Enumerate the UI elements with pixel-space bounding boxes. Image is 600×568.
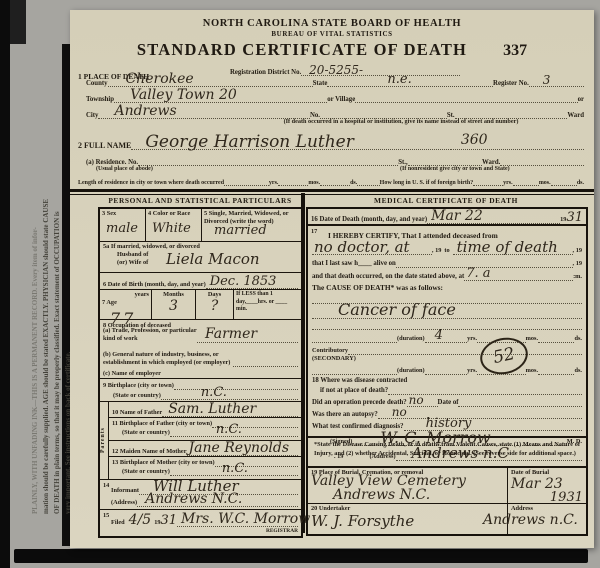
- medical-table: 16 Date of Death (month, day, and year) …: [306, 207, 588, 536]
- autopsy-label: Was there an autopsy?: [312, 411, 378, 419]
- burial-date-year: 1931: [511, 491, 583, 504]
- secondary-label: (SECONDARY): [312, 355, 582, 363]
- length-line-5: [473, 185, 503, 186]
- residence-line: [138, 165, 398, 166]
- father-line: Sam. Luther: [162, 416, 298, 417]
- margin-instructions: PLAINLY, WITH UNFADING INK—THIS IS A PER…: [30, 58, 73, 514]
- scan-edge-bottom: [14, 549, 588, 563]
- dod-value: Mar 22: [431, 209, 483, 223]
- birthplace-line-2: n.C.: [161, 399, 298, 400]
- section-divider-rule: [70, 189, 594, 195]
- contributory-line: [348, 354, 582, 355]
- nonresident-note: (If nonresident give city or town and St…: [400, 166, 510, 172]
- township-label: Township: [86, 96, 114, 103]
- burial-date-value: Mar 23: [511, 477, 583, 491]
- burial-place-value-2: Andrews N.C.: [333, 488, 504, 502]
- length-line-7: [551, 185, 577, 186]
- certificate-title: STANDARD CERTIFICATE OF DEATH: [137, 40, 467, 60]
- margin-line-1: PLAINLY, WITH UNFADING INK—THIS IS A PER…: [30, 58, 41, 514]
- spouse-value: Liela Macon: [166, 252, 260, 267]
- duration1-yrs-label: yrs.: [467, 335, 477, 343]
- color-race-value: White: [152, 222, 199, 235]
- last-saw-row: that I last saw h____ alive on , 19: [312, 255, 582, 268]
- personal-section-header: PERSONAL AND STATISTICAL PARTICULARS: [98, 196, 302, 205]
- full-name-label: 2 FULL NAME: [78, 141, 131, 150]
- register-no-label: Register No.: [493, 80, 529, 87]
- residence-row: (a) Residence. No. St., Ward.: [86, 153, 584, 166]
- state-line: n.e.: [327, 86, 493, 87]
- attended-19a: , 19: [432, 247, 441, 255]
- attended-hand-2: time of death: [457, 240, 558, 255]
- filed-number: 15: [103, 512, 109, 520]
- dob-line: Dec. 1853: [206, 288, 298, 289]
- death-time-m-label: :m.: [573, 273, 582, 281]
- age-years-cell: 7 Age years 77: [100, 290, 152, 319]
- informant-address-label: (Address): [111, 499, 137, 507]
- where-contracted-label-2: if not at place of death?: [320, 387, 388, 395]
- length-line-6: [513, 185, 539, 186]
- mother-line: Jane Reynolds: [187, 455, 299, 456]
- occupation-row: 8 Occupation of deceased (a) Trade, Prof…: [100, 320, 301, 379]
- dob-row: 6 Date of Birth (month, day, and year) D…: [100, 273, 301, 290]
- length-line-1: [224, 185, 269, 186]
- birthplace-label: 9 Birthplace (city or town): [103, 382, 174, 390]
- death-occurred-row: and that death occurred, on the date sta…: [312, 268, 582, 281]
- age-months-cell: Months 3: [152, 290, 196, 319]
- where-contracted-label-1: 18 Where was disease contracted: [312, 377, 582, 385]
- sex-value: male: [106, 222, 143, 235]
- age-row: 7 Age years 77 Months 3 Days ? If LESS t…: [100, 290, 301, 320]
- length-line-2: [278, 185, 308, 186]
- village-line: [355, 102, 577, 103]
- sex-label: 3 Sex: [102, 210, 143, 218]
- bureau-subtitle: BUREAU OF VITAL STATISTICS: [70, 30, 594, 38]
- parents-label: Parents: [100, 402, 106, 479]
- township-row: Township Valley Town 20 or Village or: [86, 88, 584, 103]
- death-occurred-label: and that death occurred, on the date sta…: [312, 273, 464, 281]
- cause-line-3: [312, 319, 582, 330]
- certification-block: 17 I HEREBY CERTIFY, That I attended dec…: [308, 226, 586, 438]
- township-or-label: or: [578, 96, 584, 103]
- autopsy-value: no: [392, 406, 407, 418]
- attended-from-line: no doctor, at: [312, 254, 432, 255]
- age-less-cell: If LESS than 1 day,____hrs. or ____ min.: [234, 290, 301, 319]
- color-race-label: 4 Color or Race: [148, 210, 199, 218]
- city-label: City: [86, 112, 98, 119]
- color-race-cell: 4 Color or Race White: [146, 209, 202, 241]
- father-bp-state-label: (State or country): [122, 429, 170, 437]
- undertaker-row: 20 Undertaker W. J. Forsythe Address And…: [308, 504, 586, 534]
- attended-to-line: time of death: [453, 254, 573, 255]
- parents-group: Parents 10 Name of Father Sam. Luther 11…: [100, 402, 301, 480]
- burial-place-cell: 19 Place of Burial, Cremation, or remova…: [308, 468, 508, 503]
- medical-section-header: MEDICAL CERTIFICATE OF DEATH: [306, 196, 586, 205]
- sex-cell: 3 Sex male: [100, 209, 146, 241]
- trade-line: Farmer: [197, 342, 298, 343]
- father-bp-value: n.C.: [216, 423, 242, 436]
- registrar-value: Mrs. W.C. Morrow: [181, 512, 310, 526]
- trade-value: Farmer: [205, 327, 257, 341]
- residence-ward-label: Ward.: [482, 159, 500, 166]
- us-ds-label: ds.: [577, 180, 584, 186]
- dod-label: 16 Date of Death (month, day, and year): [311, 216, 427, 224]
- autopsy-line: no: [378, 418, 582, 419]
- birthplace-value: n.C.: [201, 386, 227, 399]
- birthplace-row: 9 Birthplace (city or town) (State or co…: [100, 379, 301, 402]
- township-value: Valley Town 20: [130, 88, 237, 102]
- duration-row-1: (duration) 4 yrs. mos. ds.: [312, 330, 582, 343]
- informant-row: 14 Informant Will Luther (Address) Andre…: [100, 480, 301, 510]
- mother-bp-label: 13 Birthplace of Mother (city or town): [112, 459, 215, 467]
- mother-bp-value: n.C.: [222, 462, 248, 475]
- burial-date-cell: Date of Burial Mar 23 1931: [508, 468, 586, 503]
- duration1-mos-label: mos.: [526, 335, 538, 343]
- mother-value: Jane Reynolds: [189, 441, 290, 455]
- marital-cell: 5 Single, Married, Widowed, or Divorced …: [202, 209, 301, 241]
- margin-line-2: mation should be carefully supplied. AGE…: [41, 58, 52, 514]
- county-row: County Cherokee State n.e. Register No. …: [86, 72, 584, 87]
- dob-label: 6 Date of Birth (month, day, and year): [103, 281, 206, 289]
- us-yrs-label: yrs.: [503, 180, 513, 186]
- industry-label: (b) General nature of industry, business…: [103, 351, 233, 367]
- undertaker-address-value: Andrews n.C.: [483, 513, 583, 527]
- spouse-row: 5a If married, widowed, or divorced Husb…: [100, 242, 301, 273]
- parents-side-cell: Parents: [100, 402, 109, 479]
- residence-label: (a) Residence. No.: [86, 159, 138, 166]
- length-mos-label: mos.: [308, 180, 320, 186]
- mother-birthplace-row: 13 Birthplace of Mother (city or town) (…: [109, 457, 301, 478]
- state-label: State: [313, 80, 328, 87]
- cause-value: Cancer of face: [338, 302, 456, 318]
- duration1-years-value: 4: [435, 329, 443, 342]
- scan-corner-shadow: [10, 0, 26, 44]
- certificate-title-row: STANDARD CERTIFICATE OF DEATH 337: [70, 40, 594, 60]
- registrar-line: Mrs. W.C. Morrow: [177, 526, 298, 527]
- duration1-label: (duration): [397, 335, 425, 343]
- last-saw-label: that I last saw h____ alive on: [312, 260, 396, 268]
- father-label: 10 Name of Father: [112, 409, 162, 417]
- register-no-line: 3: [529, 86, 584, 87]
- filed-row: 15 Filed 4/5 19 31 Mrs. W.C. Morrow REGI…: [100, 510, 301, 536]
- full-name-value: George Harrison Luther: [145, 134, 354, 151]
- footnote-block: *State the Disease Causing Death, or in …: [308, 438, 586, 468]
- length-residence-label: Length of residence in city or town wher…: [78, 180, 224, 186]
- undertaker-address-cell: Address Andrews n.C.: [508, 504, 586, 534]
- father-bp-line-2: n.C.: [170, 436, 298, 437]
- us-foreign-label: How long in U. S. if of foreign birth?: [380, 180, 474, 186]
- age-days-cell: Days ?: [196, 290, 234, 319]
- undertaker-cell: 20 Undertaker W. J. Forsythe: [308, 504, 508, 534]
- birthplace-line-1: [174, 389, 298, 390]
- margin-line-3: OF DEATH in plain terms, so that it may …: [52, 58, 63, 514]
- cause-of-death-label: The CAUSE OF DEATH* was as follows:: [312, 283, 582, 292]
- industry-line: [233, 366, 298, 367]
- duration2-mos-line: [477, 374, 526, 375]
- age-days-value: ?: [198, 299, 231, 313]
- city-value: Andrews: [114, 104, 176, 118]
- attended-to-label: to: [444, 247, 449, 255]
- personal-table: 3 Sex male 4 Color or Race White 5 Singl…: [98, 207, 303, 538]
- mother-row: 12 Maiden Name of Mother Jane Reynolds: [109, 441, 301, 457]
- death-time-value: 7. a: [466, 267, 490, 280]
- age-months-value: 3: [154, 299, 193, 313]
- trade-label: (a) Trade, Profession, or particular kin…: [103, 327, 197, 343]
- length-ds-label: ds.: [350, 180, 357, 186]
- sex-race-marital-row: 3 Sex male 4 Color or Race White 5 Singl…: [100, 209, 301, 242]
- city-row: City Andrews No. St. Ward: [86, 104, 584, 119]
- undertaker-value: W. J. Forsythe: [311, 514, 504, 529]
- mother-label: 12 Maiden Name of Mother: [112, 448, 187, 456]
- full-name-line: George Harrison Luther: [131, 149, 451, 150]
- scan-edge-left: [0, 0, 10, 568]
- duration1-ds-label: ds.: [574, 335, 582, 343]
- contributory-label: Contributory: [312, 347, 348, 355]
- length-line-4: [357, 185, 379, 186]
- date-of-death-row: 16 Date of Death (month, day, and year) …: [308, 209, 586, 226]
- duration2-ds-label: ds.: [574, 367, 582, 375]
- age-label: 7 Age: [102, 299, 117, 306]
- registrar-label: REGISTRAR: [103, 528, 298, 534]
- cause-line-2: Cancer of face: [312, 304, 582, 319]
- state-value: n.e.: [387, 73, 411, 86]
- birthplace-state-label: (State or country): [113, 392, 161, 400]
- employer-label: (c) Name of employer: [103, 370, 298, 378]
- where-contracted-row: if not at place of death?: [312, 385, 582, 395]
- duration2-lead-line: [312, 374, 397, 375]
- attended-hand-1: no doctor, at: [314, 240, 410, 255]
- father-birthplace-row: 11 Birthplace of Father (city or town) (…: [109, 418, 301, 441]
- filed-date-value: 4/5: [129, 513, 152, 527]
- full-name-extra-line: 360: [451, 149, 584, 150]
- residence-st-label: St.,: [398, 159, 407, 166]
- register-no-value: 3: [543, 74, 551, 86]
- length-yrs-label: yrs.: [269, 180, 279, 186]
- operation-row: Did an operation precede death? no Date …: [312, 395, 582, 407]
- burial-row: 19 Place of Burial, Cremation, or remova…: [308, 468, 586, 504]
- operation-date-line: [458, 406, 582, 407]
- filed-year-value: 31: [160, 514, 177, 527]
- duration1-ds-line: [538, 342, 574, 343]
- attended-19b: , 19: [573, 247, 582, 255]
- duration1-yrs-line: 4: [425, 342, 467, 343]
- last-saw-19: , 19: [573, 260, 582, 268]
- operation-date-label: Date of: [438, 399, 459, 407]
- length-residence-row: Length of residence in city or town wher…: [78, 174, 584, 186]
- residence-ward-line: [500, 165, 584, 166]
- mother-bp-line-2: n.C.: [170, 475, 298, 476]
- dod-line: Mar 22: [427, 223, 560, 224]
- certificate-paper: NORTH CAROLINA STATE BOARD OF HEALTH BUR…: [70, 10, 594, 548]
- duration2-label: (duration): [397, 367, 425, 375]
- attended-dates-row: no doctor, at , 19 to time of death , 19: [312, 240, 582, 255]
- contributory-row: Contributory: [312, 343, 582, 355]
- duration1-lead-line: [312, 342, 397, 343]
- village-label: or Village: [327, 96, 355, 103]
- operation-value: no: [409, 394, 424, 406]
- length-line-3: [320, 185, 350, 186]
- operation-line: no: [407, 406, 438, 407]
- informant-address-line: Andrews N.C.: [137, 506, 298, 507]
- age-less-note: If LESS than 1 day,____hrs. or ____ min.: [236, 291, 299, 314]
- county-label: County: [86, 80, 108, 87]
- burial-place-value-1: Valley View Cemetery: [311, 474, 504, 488]
- age-years-label: years: [135, 291, 149, 299]
- marital-value: married: [214, 224, 299, 237]
- informant-label: Informant: [111, 487, 139, 495]
- scanned-death-certificate: PLAINLY, WITH UNFADING INK—THIS IS A PER…: [0, 0, 600, 568]
- cause-code-value: 52: [492, 345, 517, 366]
- county-value: Cherokee: [126, 72, 194, 86]
- informant-number: 14: [103, 482, 109, 490]
- filed-label: Filed: [111, 519, 125, 527]
- father-value: Sam. Luther: [168, 402, 256, 416]
- item-17-number: 17: [311, 228, 317, 236]
- duration2-yrs-line: [425, 374, 467, 375]
- death-time-line: 7. a: [464, 280, 573, 281]
- duration-row-2: (duration) yrs. mos. ds.: [312, 363, 582, 375]
- certificate-number: 337: [503, 42, 527, 60]
- full-name-number: 360: [461, 133, 488, 147]
- footnote-text: *State the Disease Causing Death, or in …: [314, 441, 580, 458]
- board-title: NORTH CAROLINA STATE BOARD OF HEALTH: [70, 10, 594, 29]
- duration2-yrs-label: yrs.: [467, 367, 477, 375]
- us-mos-label: mos.: [539, 180, 551, 186]
- mother-bp-state-label: (State or country): [122, 468, 170, 476]
- hospital-note: (If death occurred in a hospital or inst…: [220, 118, 582, 125]
- duration2-ds-line: [538, 374, 574, 375]
- father-row: 10 Name of Father Sam. Luther: [109, 402, 301, 418]
- father-bp-label: 11 Birthplace of Father (city or town): [112, 420, 212, 428]
- dob-value: Dec. 1853: [210, 275, 277, 288]
- informant-address-value: Andrews N.C.: [145, 492, 242, 506]
- full-name-row: 2 FULL NAME George Harrison Luther 360: [78, 128, 584, 150]
- abode-note: (Usual place of abode): [96, 166, 153, 172]
- dod-year-value: 31: [566, 211, 583, 224]
- duration2-mos-label: mos.: [526, 367, 538, 375]
